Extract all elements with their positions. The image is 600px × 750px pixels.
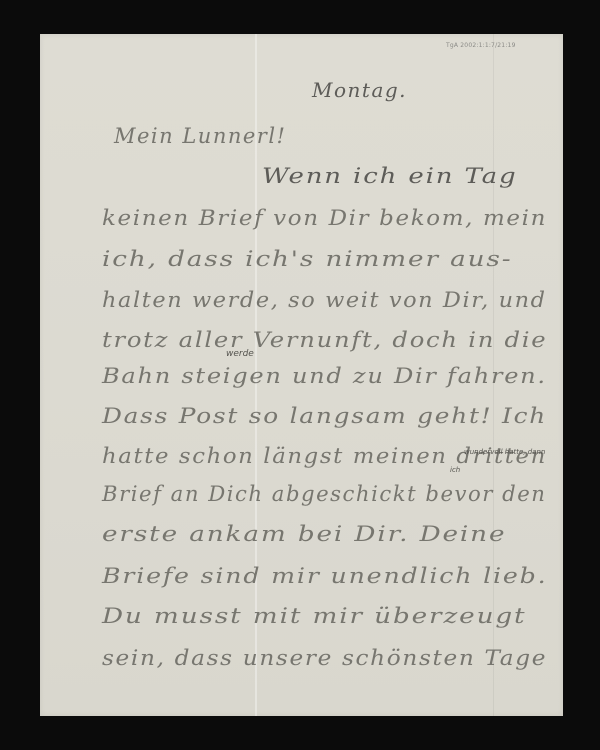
letter-line: trotz aller Vernunft, doch in die	[102, 328, 547, 352]
letter-line: Dass Post so langsam geht! Ich	[102, 404, 547, 428]
letter-line: erste ankam bei Dir. Deine	[102, 522, 506, 546]
letter-line: Brief an Dich abgeschickt bevor den	[102, 482, 546, 506]
salutation: Mein Lunnerl!	[114, 124, 287, 148]
letter-line: Wenn ich ein Tag	[262, 164, 518, 188]
insertion-ich: ich	[450, 466, 460, 474]
insertion-werde: werde	[226, 349, 254, 359]
letter-line: sein, dass unsere schönsten Tage	[102, 646, 547, 670]
letter-line: keinen Brief von Dir bekom, mein	[102, 206, 547, 230]
letter-line: Briefe sind mir unendlich lieb.	[102, 564, 547, 588]
letter-line: halten werde, so weit von Dir, und	[102, 288, 547, 312]
letter-line: Bahn steigen und zu Dir fahren.	[102, 364, 547, 388]
letter-line: ich, dass ich's nimmer aus-	[102, 247, 513, 271]
archive-reference: TgA 2002:1:1:7/21:19	[446, 42, 516, 49]
insertion-wundervoll: wundervoll hatte, dann	[464, 448, 545, 456]
date-line: Montag.	[312, 78, 407, 102]
letter-page: TgA 2002:1:1:7/21:19 Montag. Mein Lunner…	[40, 34, 563, 716]
letter-line: Du musst mit mir überzeugt	[102, 604, 526, 628]
